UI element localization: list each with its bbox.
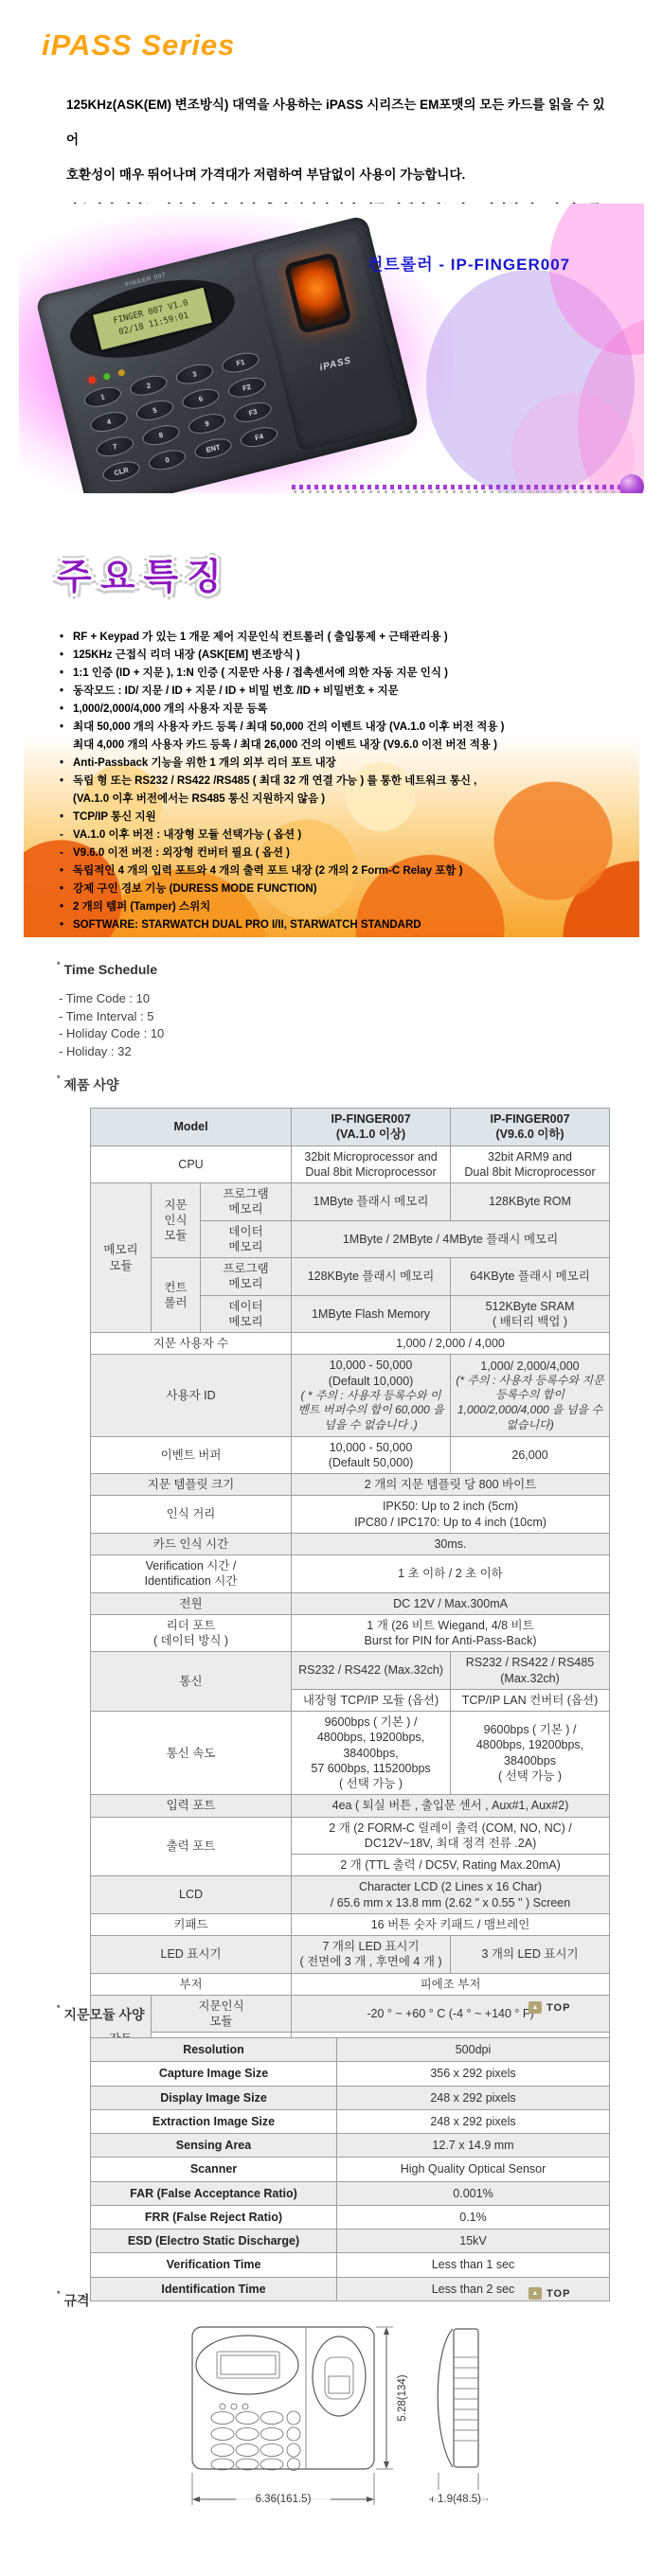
table-row: 입력 포트4ea ( 퇴실 버튼 , 출입문 센서 , Aux#1, Aux#2… bbox=[91, 1795, 610, 1817]
spec-label-cell: 지문 템플릿 크기 bbox=[91, 1474, 292, 1496]
product-photo-area: FINGER 007 FINGER 007 V1.0 02/18 11:59:0… bbox=[19, 204, 644, 493]
side-view-body bbox=[454, 2329, 478, 2467]
spec-label-cell: Extraction Image Size bbox=[91, 2109, 337, 2133]
list-item: •RF + Keypad 가 있는 1 개문 제어 지문인식 컨트롤러 ( 출입… bbox=[60, 629, 630, 647]
spec-value-cell: 1 개 (26 비트 Wiegand, 4/8 비트 Burst for PIN… bbox=[292, 1614, 610, 1652]
keypad-key: 7 bbox=[95, 434, 135, 460]
table-row: Sensing Area12.7 x 14.9 mm bbox=[91, 2134, 610, 2158]
spec-value-cell: 15kV bbox=[337, 2230, 610, 2253]
table-row: 메모리 모듈지문 인식 모듈프로그램 메모리1MByte 플래시 메모리128K… bbox=[91, 1183, 610, 1221]
table-row: Verification TimeLess than 1 sec bbox=[91, 2253, 610, 2277]
time-schedule-heading: *Time Schedule bbox=[57, 962, 157, 977]
list-item: •강제 구인 경보 기능 (DURESS MODE FUNCTION) bbox=[60, 880, 630, 898]
spec-label-cell: 지문 사용자 수 bbox=[91, 1333, 292, 1355]
list-item: •1,000/2,000/4,000 개의 사용자 지문 등록 bbox=[60, 701, 630, 719]
spec-value-cell: IP-FINGER007 (V9.6.0 이하) bbox=[451, 1109, 610, 1146]
spec-value-cell: 7 개의 LED 표시기 ( 전면에 3 개 , 후면에 4 개 ) bbox=[292, 1936, 451, 1974]
spec-value-cell: 16 버튼 숫자 키패드 / 맴브레인 bbox=[292, 1913, 610, 1935]
spec-label-cell: Sensing Area bbox=[91, 2134, 337, 2158]
page-title: iPASS Series bbox=[42, 28, 235, 62]
keypad-key: 8 bbox=[140, 422, 181, 449]
spec-label-cell: 키패드 bbox=[91, 1913, 292, 1935]
keypad-key: 6 bbox=[180, 385, 221, 412]
spec-value-cell: IP-FINGER007 (VA.1.0 이상) bbox=[292, 1109, 451, 1146]
spec-label-cell: CPU bbox=[91, 1146, 292, 1183]
spec-label-cell: 통신 속도 bbox=[91, 1712, 292, 1795]
spec-value-cell: 9600bps ( 기본 ) / 4800bps, 19200bps, 3840… bbox=[451, 1712, 610, 1795]
spec-value-cell: 1MByte 플래시 메모리 bbox=[292, 1183, 451, 1221]
spec-value-cell: Character LCD (2 Lines x 16 Char) / 65.6… bbox=[292, 1876, 610, 1914]
table-row: 통신RS232 / RS422 (Max.32ch)RS232 / RS422 … bbox=[91, 1652, 610, 1690]
spec-value-cell: 3 개의 LED 표시기 bbox=[451, 1936, 610, 1974]
fingerprint-sensor-window bbox=[283, 252, 352, 334]
table-row: 지문 사용자 수1,000 / 2,000 / 4,000 bbox=[91, 1333, 610, 1355]
spec-label-cell: Capture Image Size bbox=[91, 2062, 337, 2086]
list-item: •TCP/IP 통신 지원 bbox=[60, 808, 630, 826]
spec-value-cell: 1,000/ 2,000/4,000(* 주의 : 사용자 등록수와 지문 등록… bbox=[451, 1355, 610, 1436]
side-view-front-face bbox=[438, 2329, 453, 2467]
spec-value-cell: RS232 / RS422 (Max.32ch) bbox=[292, 1652, 451, 1690]
spec-label-cell: Verification 시간 / Identification 시간 bbox=[91, 1555, 292, 1593]
table-row: 지문 템플릿 크기2 개의 지문 템플릿 당 800 바이트 bbox=[91, 1474, 610, 1496]
spec-value-cell: 500dpi bbox=[337, 2038, 610, 2062]
spec-value-cell: 32bit Microprocessor and Dual 8bit Micro… bbox=[292, 1146, 451, 1183]
spec-value-cell: 30ms. bbox=[292, 1533, 610, 1554]
asterisk-marker: * bbox=[57, 2003, 61, 2013]
keypad-outline bbox=[211, 2411, 300, 2471]
table-row: Verification 시간 / Identification 시간1 초 이… bbox=[91, 1555, 610, 1593]
intro-line: 호환성이 매우 뛰어나며 가격대가 저렴하여 부담없이 사용이 가능합니다. bbox=[66, 157, 616, 192]
table-row: 리더 포트 ( 데이터 방식 )1 개 (26 비트 Wiegand, 4/8 … bbox=[91, 1614, 610, 1652]
spec-label-cell: ESD (Electro Static Discharge) bbox=[91, 2230, 337, 2253]
spec-label-cell: 메모리 모듈 bbox=[91, 1183, 152, 1333]
top-link[interactable]: ▲ TOP bbox=[529, 2001, 570, 2014]
list-item: - Holiday : 32 bbox=[59, 1043, 164, 1061]
keypad-key: F3 bbox=[232, 399, 273, 425]
spec-value-cell: 0.001% bbox=[337, 2181, 610, 2205]
spec-label-cell: 프로그램 메모리 bbox=[201, 1183, 292, 1221]
purple-sphere-ornament bbox=[619, 474, 644, 493]
table-row: 전원DC 12V / Max.300mA bbox=[91, 1592, 610, 1614]
list-item: 최대 4,000 개의 사용자 카드 등록 / 최대 26,000 건의 이벤트… bbox=[60, 737, 630, 755]
list-item: •125KHz 근접식 리더 내장 (ASK[EM] 변조방식 ) bbox=[60, 647, 630, 665]
spec-value-cell: 10,000 - 50,000 (Default 50,000) bbox=[292, 1436, 451, 1474]
features-list: •RF + Keypad 가 있는 1 개문 제어 지문인식 컨트롤러 ( 출입… bbox=[24, 615, 639, 934]
spec-value-cell: 9600bps ( 기본 ) / 4800bps, 19200bps, 3840… bbox=[292, 1712, 451, 1795]
spec-value-cell: 248 x 292 pixels bbox=[337, 2086, 610, 2109]
table-row: 부저피에조 부저 bbox=[91, 1973, 610, 1995]
finger-spec-heading: *지문모듈 사양 bbox=[57, 2005, 145, 2024]
spec-value-cell: DC 12V / Max.300mA bbox=[292, 1592, 610, 1614]
spec-label-cell: 지문 인식 모듈 bbox=[152, 1183, 201, 1258]
table-row: ESD (Electro Static Discharge)15kV bbox=[91, 2230, 610, 2253]
spec-label-cell: 컨트 롤러 bbox=[152, 1258, 201, 1333]
top-arrow-icon: ▲ bbox=[529, 2287, 542, 2300]
table-row: ModelIP-FINGER007 (VA.1.0 이상)IP-FINGER00… bbox=[91, 1109, 610, 1146]
spec-label-cell: 사용자 ID bbox=[91, 1355, 292, 1436]
spec-value-cell: Model bbox=[91, 1109, 292, 1146]
spec-value-cell: 64KByte 플래시 메모리 bbox=[451, 1258, 610, 1296]
spec-label-cell: Display Image Size bbox=[91, 2086, 337, 2109]
spec-value-cell: High Quality Optical Sensor bbox=[337, 2158, 610, 2181]
list-item: •1:1 인증 (ID + 지문 ), 1:N 인증 ( 지문만 사용 / 접촉… bbox=[60, 665, 630, 683]
product-spec-heading: *제품 사양 bbox=[57, 1075, 119, 1094]
spec-label-cell: 프로그램 메모리 bbox=[201, 1258, 292, 1296]
list-item: - Time Interval : 5 bbox=[59, 1008, 164, 1026]
spec-value-cell: 26,000 bbox=[451, 1436, 610, 1474]
table-row: CPU32bit Microprocessor and Dual 8bit Mi… bbox=[91, 1146, 610, 1183]
spec-value-cell: 32bit ARM9 and Dual 8bit Microprocessor bbox=[451, 1146, 610, 1183]
table-row: LED 표시기7 개의 LED 표시기 ( 전면에 3 개 , 후면에 4 개 … bbox=[91, 1936, 610, 1974]
spec-label-cell: 리더 포트 ( 데이터 방식 ) bbox=[91, 1614, 292, 1652]
list-item: -V9.6.0 이전 버전 : 외장형 컨버터 필요 ( 옵션 ) bbox=[60, 844, 630, 862]
table-row: 이벤트 버퍼10,000 - 50,000 (Default 50,000)26… bbox=[91, 1436, 610, 1474]
spec-label-cell: FRR (False Reject Ratio) bbox=[91, 2205, 337, 2229]
depth-dim-label: 1.9(48.5) bbox=[438, 2494, 481, 2505]
list-item: •SOFTWARE: STARWATCH DUAL PRO I/II, STAR… bbox=[60, 916, 630, 934]
spec-value-cell: 248 x 292 pixels bbox=[337, 2109, 610, 2133]
table-row: 카드 인식 시간30ms. bbox=[91, 1533, 610, 1554]
table-row: Extraction Image Size248 x 292 pixels bbox=[91, 2109, 610, 2133]
spec-value-cell: RS232 / RS422 / RS485 (Max.32ch) bbox=[451, 1652, 610, 1690]
features-title: 주요특징 bbox=[57, 547, 230, 599]
front-view-outline bbox=[192, 2327, 374, 2469]
spec-value-cell: IPK50: Up to 2 inch (5cm) IPC80 / IPC170… bbox=[292, 1496, 610, 1534]
page: iPASS Series 125KHz(ASK(EM) 변조방식) 대역을 사용… bbox=[0, 0, 663, 2576]
height-dim-label: 5.28(134) bbox=[397, 2374, 408, 2421]
spec-value-cell: 2 개 (2 FORM-C 릴레이 출력 (COM, NO, NC) / DC1… bbox=[292, 1817, 610, 1855]
keypad-key: 4 bbox=[88, 408, 129, 435]
asterisk-marker: * bbox=[57, 2289, 61, 2299]
spec-label-cell: 출력 포트 bbox=[91, 1817, 292, 1876]
table-row: 출력 포트2 개 (2 FORM-C 릴레이 출력 (COM, NO, NC) … bbox=[91, 1817, 610, 1855]
spec-value-cell: 2 개 (TTL 출력 / DC5V, Rating Max.20mA) bbox=[292, 1855, 610, 1876]
table-row: Display Image Size248 x 292 pixels bbox=[91, 2086, 610, 2109]
ipass-logo: iPASS bbox=[280, 346, 391, 382]
spec-value-cell: 356 x 292 pixels bbox=[337, 2062, 610, 2086]
spec-value-cell: 12.7 x 14.9 mm bbox=[337, 2134, 610, 2158]
spec-label-cell: 입력 포트 bbox=[91, 1795, 292, 1817]
spec-value-cell: Less than 1 sec bbox=[337, 2253, 610, 2277]
list-item: - Time Code : 10 bbox=[59, 990, 164, 1008]
keypad-key: 5 bbox=[134, 397, 175, 423]
asterisk-marker: * bbox=[57, 960, 61, 969]
spec-label-cell: 데이터 메모리 bbox=[201, 1295, 292, 1333]
spec-label-cell: 카드 인식 시간 bbox=[91, 1533, 292, 1554]
dotted-divider bbox=[292, 485, 625, 489]
table-row: 통신 속도9600bps ( 기본 ) / 4800bps, 19200bps,… bbox=[91, 1712, 610, 1795]
spec-value-cell: 1MByte / 2MByte / 4MByte 플래시 메모리 bbox=[292, 1220, 610, 1258]
spec-value-cell: 128KByte ROM bbox=[451, 1183, 610, 1221]
features-box: •RF + Keypad 가 있는 1 개문 제어 지문인식 컨트롤러 ( 출입… bbox=[24, 615, 639, 937]
dotted-divider-shadow bbox=[294, 490, 625, 493]
list-item: •최대 50,000 개의 사용자 카드 등록 / 최대 50,000 건의 이… bbox=[60, 719, 630, 737]
spec-label-cell: Scanner bbox=[91, 2158, 337, 2181]
keypad-key: 9 bbox=[187, 411, 227, 437]
top-link[interactable]: ▲ TOP bbox=[529, 2287, 570, 2300]
controller-model-label: 컨트롤러 - IP-FINGER007 bbox=[367, 251, 570, 275]
spec-value-cell: 512KByte SRAM ( 배터리 백업 ) bbox=[451, 1295, 610, 1333]
spec-label-cell: 이벤트 버퍼 bbox=[91, 1436, 292, 1474]
spec-label-cell: 통신 bbox=[91, 1652, 292, 1712]
spec-value-cell: 0.1% bbox=[337, 2205, 610, 2229]
list-item: •동작모드 : ID/ 지문 / ID + 지문 / ID + 비밀 번호 /I… bbox=[60, 683, 630, 701]
time-schedule-list: - Time Code : 10- Time Interval : 5- Hol… bbox=[59, 990, 164, 1060]
list-item: -VA.1.0 이후 버전 : 내장형 모듈 선택가능 ( 옵션 ) bbox=[60, 826, 630, 844]
spec-label-cell: Identification Time bbox=[91, 2277, 337, 2301]
spec-value-cell: 내장형 TCP/IP 모듈 (옵션) bbox=[292, 1689, 451, 1711]
finger-spec-table: Resolution500dpiCapture Image Size356 x … bbox=[90, 2037, 610, 2301]
dimension-drawing: 5.28(134) 6.36(161.5) 1.9(48.5) bbox=[137, 2319, 573, 2576]
list-item: (VA.1.0 이후 버전에서는 RS485 통신 지원하지 않음 ) bbox=[60, 791, 630, 808]
width-dim-label: 6.36(161.5) bbox=[256, 2494, 312, 2505]
intro-line: 125KHz(ASK(EM) 변조방식) 대역을 사용하는 iPASS 시리즈는… bbox=[66, 87, 616, 157]
spec-value-cell: 1MByte Flash Memory bbox=[292, 1295, 451, 1333]
spec-label-cell: FAR (False Acceptance Ratio) bbox=[91, 2181, 337, 2205]
spec-value-cell: 128KByte 플래시 메모리 bbox=[292, 1258, 451, 1296]
spec-value-cell: 1,000 / 2,000 / 4,000 bbox=[292, 1333, 610, 1355]
spec-value-cell: 1 초 이하 / 2 초 이하 bbox=[292, 1555, 610, 1593]
table-row: Capture Image Size356 x 292 pixels bbox=[91, 2062, 610, 2086]
spec-value-cell: 2 개의 지문 템플릿 당 800 바이트 bbox=[292, 1474, 610, 1496]
keypad-key: F2 bbox=[226, 374, 267, 400]
spec-label-cell: LED 표시기 bbox=[91, 1936, 292, 1974]
spec-value-cell: 4ea ( 퇴실 버튼 , 출입문 센서 , Aux#1, Aux#2) bbox=[292, 1795, 610, 1817]
spec-label-cell: 지문인식 모듈 bbox=[152, 1995, 292, 2033]
spec-value-cell: 피에조 부저 bbox=[292, 1973, 610, 1995]
list-item: •독립적인 4 개의 입력 포트와 4 개의 출력 포트 내장 (2 개의 2 … bbox=[60, 862, 630, 880]
table-row: 인식 거리IPK50: Up to 2 inch (5cm) IPC80 / I… bbox=[91, 1496, 610, 1534]
spec-label-cell: 전원 bbox=[91, 1592, 292, 1614]
table-row: FRR (False Reject Ratio)0.1% bbox=[91, 2205, 610, 2229]
spec-label-cell: LCD bbox=[91, 1876, 292, 1914]
spec-label-cell: Resolution bbox=[91, 2038, 337, 2062]
table-row: 컨트 롤러프로그램 메모리128KByte 플래시 메모리64KByte 플래시… bbox=[91, 1258, 610, 1296]
spec-value-cell: TCP/IP LAN 컨버터 (옵션) bbox=[451, 1689, 610, 1711]
table-row: 키패드16 버튼 숫자 키패드 / 맴브레인 bbox=[91, 1913, 610, 1935]
table-row: 사용자 ID10,000 - 50,000 (Default 10,000)( … bbox=[91, 1355, 610, 1436]
dimensions-heading: *규격 bbox=[57, 2291, 90, 2310]
spec-label-cell: 인식 거리 bbox=[91, 1496, 292, 1534]
spec-label-cell: 부저 bbox=[91, 1973, 292, 1995]
top-arrow-icon: ▲ bbox=[529, 2001, 542, 2014]
list-item: •2 개의 템퍼 (Tamper) 스위치 bbox=[60, 898, 630, 916]
list-item: •Anti-Passback 기능을 위한 1 개의 외부 리더 포트 내장 bbox=[60, 755, 630, 773]
spec-label-cell: 데이터 메모리 bbox=[201, 1220, 292, 1258]
spec-label-cell: Verification Time bbox=[91, 2253, 337, 2277]
asterisk-marker: * bbox=[57, 1074, 61, 1083]
list-item: - Holiday Code : 10 bbox=[59, 1025, 164, 1043]
list-item: •독립 형 또는 RS232 / RS422 /RS485 ( 최대 32 개 … bbox=[60, 773, 630, 791]
table-row: FAR (False Acceptance Ratio)0.001% bbox=[91, 2181, 610, 2205]
table-row: LCDCharacter LCD (2 Lines x 16 Char) / 6… bbox=[91, 1876, 610, 1914]
table-row: Resolution500dpi bbox=[91, 2038, 610, 2062]
table-row: ScannerHigh Quality Optical Sensor bbox=[91, 2158, 610, 2181]
spec-value-cell: 10,000 - 50,000 (Default 10,000)( * 주의 :… bbox=[292, 1355, 451, 1436]
